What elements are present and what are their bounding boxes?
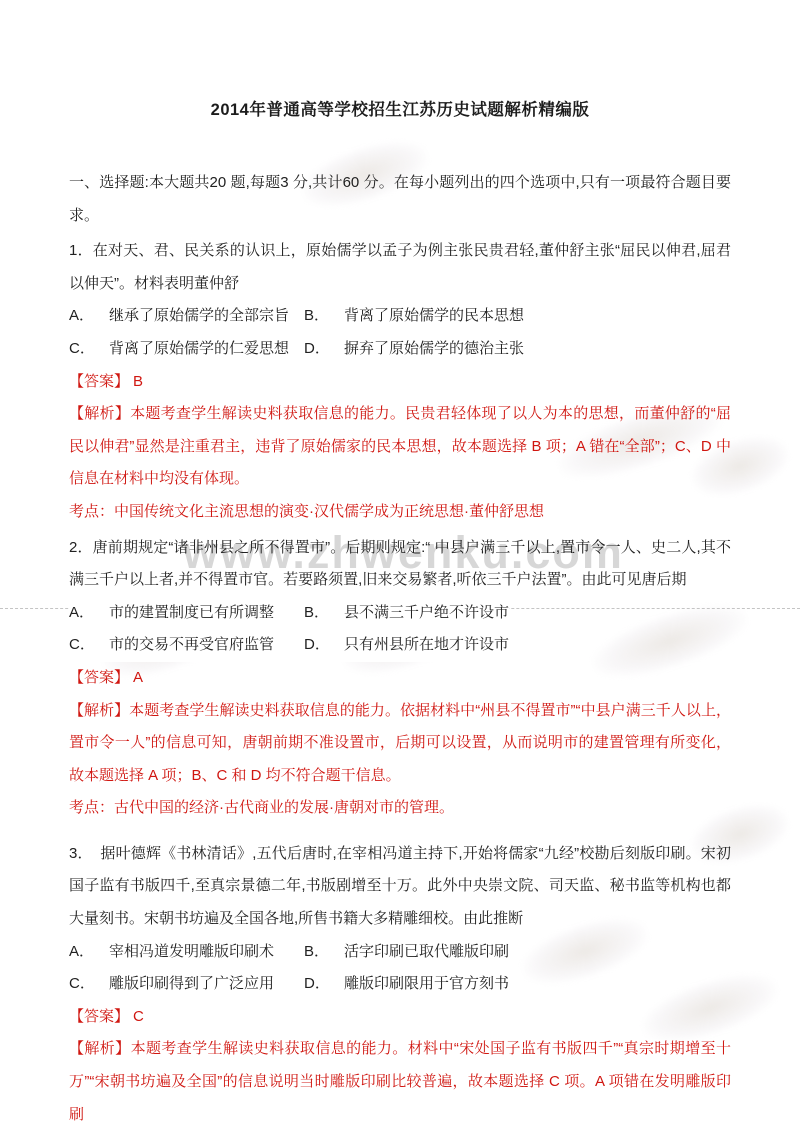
option-d: D．摒弃了原始儒学的德治主张 — [304, 333, 524, 366]
option-row: C．雕版印刷得到了广泛应用 D．雕版印刷限用于官方刻书 — [69, 968, 731, 1001]
option-label: D． — [304, 629, 344, 662]
question-block-2: 2．唐前期规定“诸非州县之所不得置市”。后期则规定:“ 中县户满三千以上,置市令… — [69, 532, 731, 825]
option-text: 县不满三千户绝不许设市 — [344, 604, 509, 621]
question-block-3: 3． 据叶德辉《书林清话》,五代后唐时,在宰相冯道主持下,开始将儒家“九经”校勘… — [69, 838, 731, 1131]
analysis-text: 【解析】本题考查学生解读史料获取信息的能力。依据材料中“州县不得置市”“中县户满… — [69, 695, 731, 793]
option-text: 背离了原始儒学的民本思想 — [344, 307, 524, 324]
option-label: D． — [304, 333, 344, 366]
exam-point: 考点：古代中国的经济·古代商业的发展·唐朝对市的管理。 — [69, 792, 731, 825]
option-row: A．继承了原始儒学的全部宗旨 B．背离了原始儒学的民本思想 — [69, 300, 731, 333]
option-text: 雕版印刷限用于官方刻书 — [344, 975, 509, 992]
option-text: 继承了原始儒学的全部宗旨 — [109, 307, 289, 324]
option-text: 市的建置制度已有所调整 — [109, 604, 274, 621]
answer-value: C — [133, 1008, 144, 1025]
option-label: A． — [69, 936, 109, 969]
option-text: 摒弃了原始儒学的德治主张 — [344, 340, 524, 357]
option-text: 活字印刷已取代雕版印刷 — [344, 943, 509, 960]
answer-value: A — [133, 669, 143, 686]
option-c: C．市的交易不再受官府监管 — [69, 629, 304, 662]
option-label: B． — [304, 300, 344, 333]
option-b: B．县不满三千户绝不许设市 — [304, 597, 509, 630]
option-row: C．市的交易不再受官府监管 D．只有州县所在地才许设市 — [69, 629, 731, 662]
option-label: B． — [304, 936, 344, 969]
document-page: www.zhwenku.com 2014年普通高等学校招生江苏历史试题解析精编版… — [0, 0, 800, 1132]
question-stem: 3． 据叶德辉《书林清话》,五代后唐时,在宰相冯道主持下,开始将儒家“九经”校勘… — [69, 838, 731, 936]
option-label: C． — [69, 333, 109, 366]
option-row: A．市的建置制度已有所调整 B．县不满三千户绝不许设市 — [69, 597, 731, 630]
option-label: A． — [69, 597, 109, 630]
answer-label: 【答案】 — [69, 1008, 129, 1025]
question-block-1: 1．在对天、君、民关系的认识上，原始儒学以孟子为例主张民贵君轻,董仲舒主张“屈民… — [69, 235, 731, 528]
option-d: D．只有州县所在地才许设市 — [304, 629, 509, 662]
option-label: B． — [304, 597, 344, 630]
option-text: 只有州县所在地才许设市 — [344, 636, 509, 653]
option-label: D． — [304, 968, 344, 1001]
exam-point: 考点：中国传统文化主流思想的演变·汉代儒学成为正统思想·董仲舒思想 — [69, 496, 731, 529]
option-text: 市的交易不再受官府监管 — [109, 636, 274, 653]
option-b: B．活字印刷已取代雕版印刷 — [304, 936, 509, 969]
answer-line: 【答案】B — [69, 366, 731, 399]
option-text: 雕版印刷得到了广泛应用 — [109, 975, 274, 992]
option-row: A．宰相冯道发明雕版印刷术 B．活字印刷已取代雕版印刷 — [69, 936, 731, 969]
option-b: B．背离了原始儒学的民本思想 — [304, 300, 524, 333]
option-row: C．背离了原始儒学的仁爱思想 D．摒弃了原始儒学的德治主张 — [69, 333, 731, 366]
analysis-text: 【解析】本题考查学生解读史料获取信息的能力。民贵君轻体现了以人为本的思想，而董仲… — [69, 398, 731, 496]
option-a: A．宰相冯道发明雕版印刷术 — [69, 936, 304, 969]
answer-label: 【答案】 — [69, 669, 129, 686]
analysis-text: 【解析】本题考查学生解读史料获取信息的能力。材料中“宋处国子监有书版四千”“真宗… — [69, 1033, 731, 1131]
question-stem: 2．唐前期规定“诸非州县之所不得置市”。后期则规定:“ 中县户满三千以上,置市令… — [69, 532, 731, 597]
option-text: 宰相冯道发明雕版印刷术 — [109, 943, 274, 960]
option-c: C．雕版印刷得到了广泛应用 — [69, 968, 304, 1001]
option-label: C． — [69, 629, 109, 662]
question-stem: 1．在对天、君、民关系的认识上，原始儒学以孟子为例主张民贵君轻,董仲舒主张“屈民… — [69, 235, 731, 300]
option-a: A．继承了原始儒学的全部宗旨 — [69, 300, 304, 333]
option-label: A． — [69, 300, 109, 333]
section-header: 一、选择题:本大题共20 题,每题3 分,共计60 分。在每小题列出的四个选项中… — [69, 167, 731, 232]
option-text: 背离了原始儒学的仁爱思想 — [109, 340, 289, 357]
answer-line: 【答案】C — [69, 1001, 731, 1034]
option-d: D．雕版印刷限用于官方刻书 — [304, 968, 509, 1001]
answer-line: 【答案】A — [69, 662, 731, 695]
answer-label: 【答案】 — [69, 373, 129, 390]
option-label: C． — [69, 968, 109, 1001]
option-a: A．市的建置制度已有所调整 — [69, 597, 304, 630]
document-content: 2014年普通高等学校招生江苏历史试题解析精编版 一、选择题:本大题共20 题,… — [0, 0, 800, 1131]
document-title: 2014年普通高等学校招生江苏历史试题解析精编版 — [69, 0, 731, 120]
option-c: C．背离了原始儒学的仁爱思想 — [69, 333, 304, 366]
answer-value: B — [133, 373, 143, 390]
